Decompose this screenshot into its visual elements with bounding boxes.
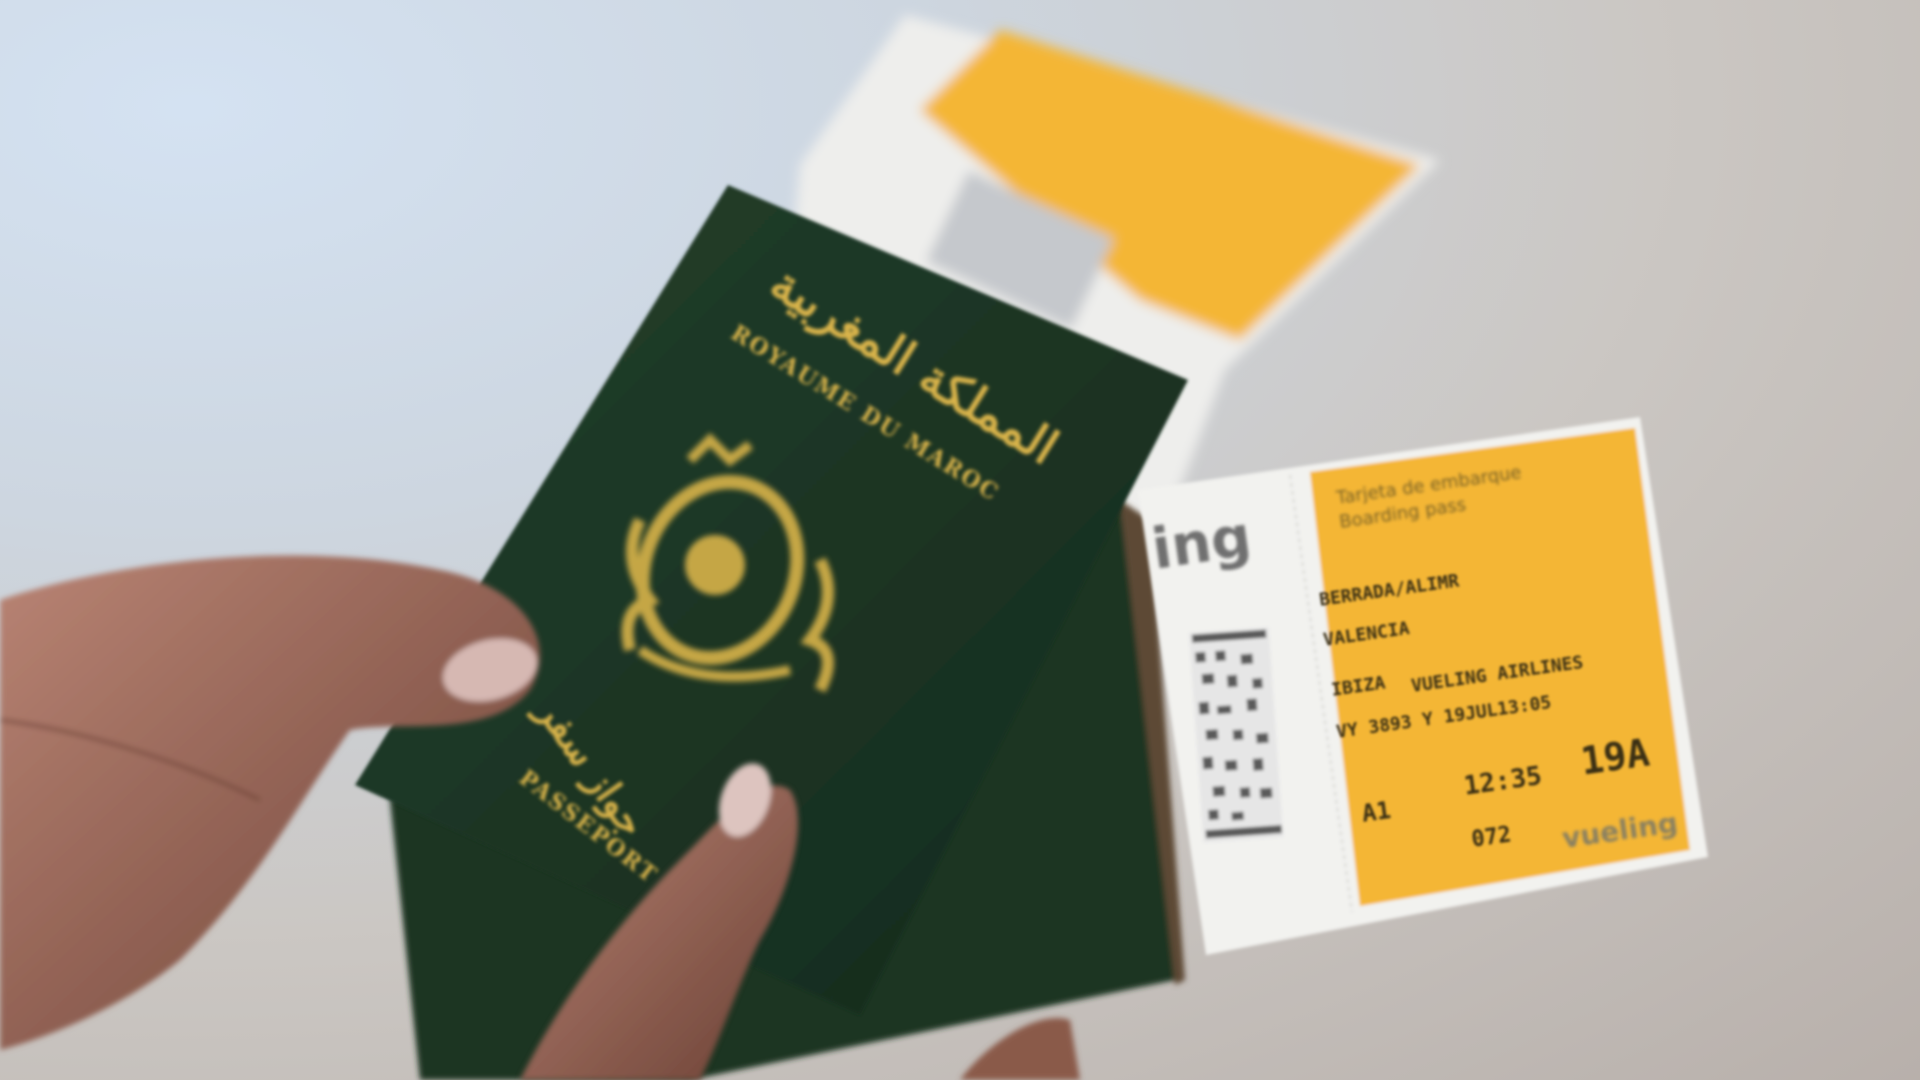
gate: A1 bbox=[1360, 796, 1393, 828]
qr-code-icon bbox=[1189, 627, 1283, 842]
airline-logo-partial: ing bbox=[1148, 504, 1255, 582]
scene-graphics bbox=[0, 0, 1920, 1080]
photo-scene: المملكة المغربية ROYAUME DU MAROC جواز س… bbox=[0, 0, 1920, 1080]
